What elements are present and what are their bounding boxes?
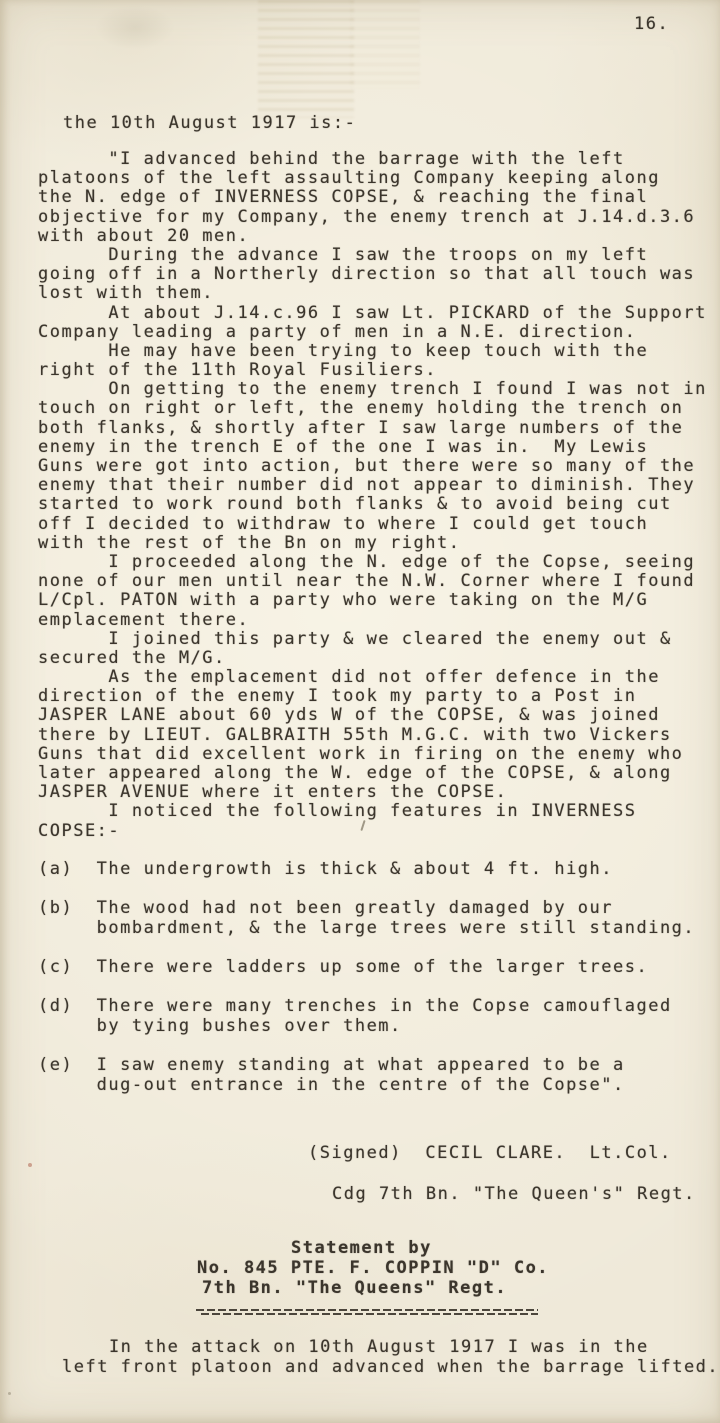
text-line: JASPER LANE about 60 yds W of the COPSE,…: [38, 705, 707, 724]
text-line: going off in a Northerly direction so th…: [38, 264, 707, 283]
text-line: L/Cpl. PATON with a party who were takin…: [38, 590, 707, 609]
text-line: enemy that their number did not appear t…: [38, 475, 707, 494]
text-line: started to work round both flanks & to a…: [38, 494, 707, 513]
text-line: enemy in the trench E of the one I was i…: [38, 437, 707, 456]
text-line: secured the M/G.: [38, 648, 707, 667]
text-line: [38, 1035, 695, 1055]
document-page: 16. the 10th August 1917 is:- "I advance…: [0, 0, 720, 1423]
text-line: objective for my Company, the enemy tren…: [38, 207, 707, 226]
text-line: In the attack on 10th August 1917 I was …: [62, 1337, 719, 1357]
text-line: [38, 937, 695, 957]
text-line: the N. edge of INVERNESS COPSE, & reachi…: [38, 187, 707, 206]
text-line: (d) There were many trenches in the Cops…: [38, 996, 695, 1016]
text-line: emplacement there.: [38, 610, 707, 629]
dashed-separator-rule: [196, 1308, 538, 1315]
text-line: Guns were got into action, but there wer…: [38, 456, 707, 475]
text-line: I joined this party & we cleared the ene…: [38, 629, 707, 648]
text-line: dug-out entrance in the centre of the Co…: [38, 1075, 695, 1095]
intro-line: the 10th August 1917 is:-: [63, 113, 356, 133]
statement-title: Statement by: [291, 1238, 432, 1258]
text-line: [38, 879, 695, 899]
statement-unit-line: 7th Bn. "The Queens" Regt.: [202, 1278, 507, 1298]
text-line: During the advance I saw the troops on m…: [38, 245, 707, 264]
text-line: [38, 977, 695, 997]
text-line: (e) I saw enemy standing at what appeare…: [38, 1055, 695, 1075]
text-line: (b) The wood had not been greatly damage…: [38, 898, 695, 918]
text-line: right of the 11th Royal Fusiliers.: [38, 360, 707, 379]
report-body: "I advanced behind the barrage with the …: [38, 149, 707, 840]
text-line: with the rest of the Bn on my right.: [38, 533, 707, 552]
text-line: there by LIEUT. GALBRAITH 55th M.G.C. wi…: [38, 725, 707, 744]
text-line: bombardment, & the large trees were stil…: [38, 918, 695, 938]
text-line: (c) There were ladders up some of the la…: [38, 957, 695, 977]
signature-line: (Signed) CECIL CLARE. Lt.Col.: [308, 1143, 672, 1163]
text-line: (a) The undergrowth is thick & about 4 f…: [38, 859, 695, 879]
reverse-text-showthrough: [258, 0, 354, 118]
text-line: At about J.14.c.96 I saw Lt. PICKARD of …: [38, 303, 707, 322]
commanding-line: Cdg 7th Bn. "The Queen's" Regt.: [332, 1184, 696, 1204]
statement-soldier-line: No. 845 PTE. F. COPPIN "D" Co.: [197, 1258, 549, 1278]
paper-speck-red: [28, 1163, 32, 1167]
text-line: Company leading a party of men in a N.E.…: [38, 322, 707, 341]
text-line: off I decided to withdraw to where I cou…: [38, 514, 707, 533]
text-line: by tying bushes over them.: [38, 1016, 695, 1036]
text-line: On getting to the enemy trench I found I…: [38, 379, 707, 398]
text-line: As the emplacement did not offer defence…: [38, 667, 707, 686]
paper-speck-grey: [8, 1392, 11, 1395]
text-line: left front platoon and advanced when the…: [62, 1357, 719, 1377]
text-line: both flanks, & shortly after I saw large…: [38, 418, 707, 437]
paper-smudge: [95, 5, 175, 50]
text-line: platoons of the left assaulting Company …: [38, 168, 707, 187]
features-list: (a) The undergrowth is thick & about 4 f…: [38, 859, 695, 1094]
closing-paragraph: In the attack on 10th August 1917 I was …: [62, 1337, 719, 1376]
page-number: 16.: [634, 14, 669, 34]
text-line: JASPER AVENUE where it enters the COPSE.: [38, 782, 707, 801]
text-line: touch on right or left, the enemy holdin…: [38, 398, 707, 417]
text-line: Guns that did excellent work in firing o…: [38, 744, 707, 763]
text-line: lost with them.: [38, 283, 707, 302]
text-line: I proceeded along the N. edge of the Cop…: [38, 552, 707, 571]
text-line: direction of the enemy I took my party t…: [38, 686, 707, 705]
reverse-text-showthrough-faint: [350, 0, 420, 90]
text-line: none of our men until near the N.W. Corn…: [38, 571, 707, 590]
text-line: I noticed the following features in INVE…: [38, 801, 707, 820]
text-line: "I advanced behind the barrage with the …: [38, 149, 707, 168]
text-line: COPSE:-: [38, 821, 707, 840]
text-line: later appeared along the W. edge of the …: [38, 763, 707, 782]
text-line: He may have been trying to keep touch wi…: [38, 341, 707, 360]
text-line: with about 20 men.: [38, 226, 707, 245]
